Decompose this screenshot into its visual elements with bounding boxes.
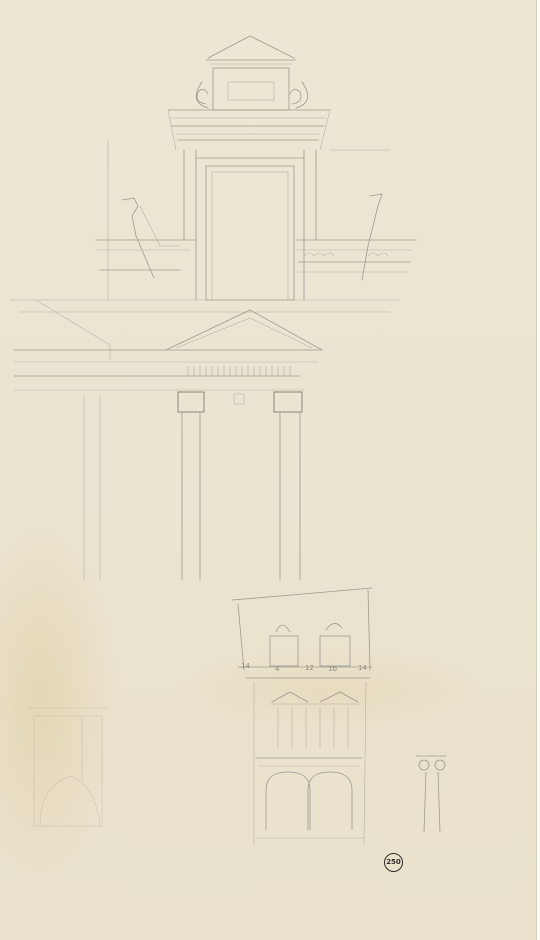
- corinthian-columns: [84, 392, 302, 580]
- side-wings: [96, 194, 416, 280]
- faint-left-sketch: [28, 708, 108, 826]
- small-facade-sketch: [232, 588, 372, 845]
- sketch-label: 14: [241, 662, 250, 670]
- central-doorway: [108, 140, 390, 300]
- sketch-label: 12: [305, 664, 314, 672]
- drawing-sheet: 14 4 12 1b 14 250: [0, 0, 540, 940]
- collector-stamp: 250: [384, 853, 403, 872]
- ionic-column-sketch: [416, 756, 446, 832]
- sketch-label: 4: [275, 665, 280, 673]
- sketch-label: 14: [358, 664, 367, 672]
- sketch-label: 1b: [328, 665, 337, 673]
- pencil-drawing: 14 4 12 1b 14: [0, 0, 540, 940]
- entablature-bands: [10, 300, 400, 390]
- attic-pediment: [168, 36, 330, 150]
